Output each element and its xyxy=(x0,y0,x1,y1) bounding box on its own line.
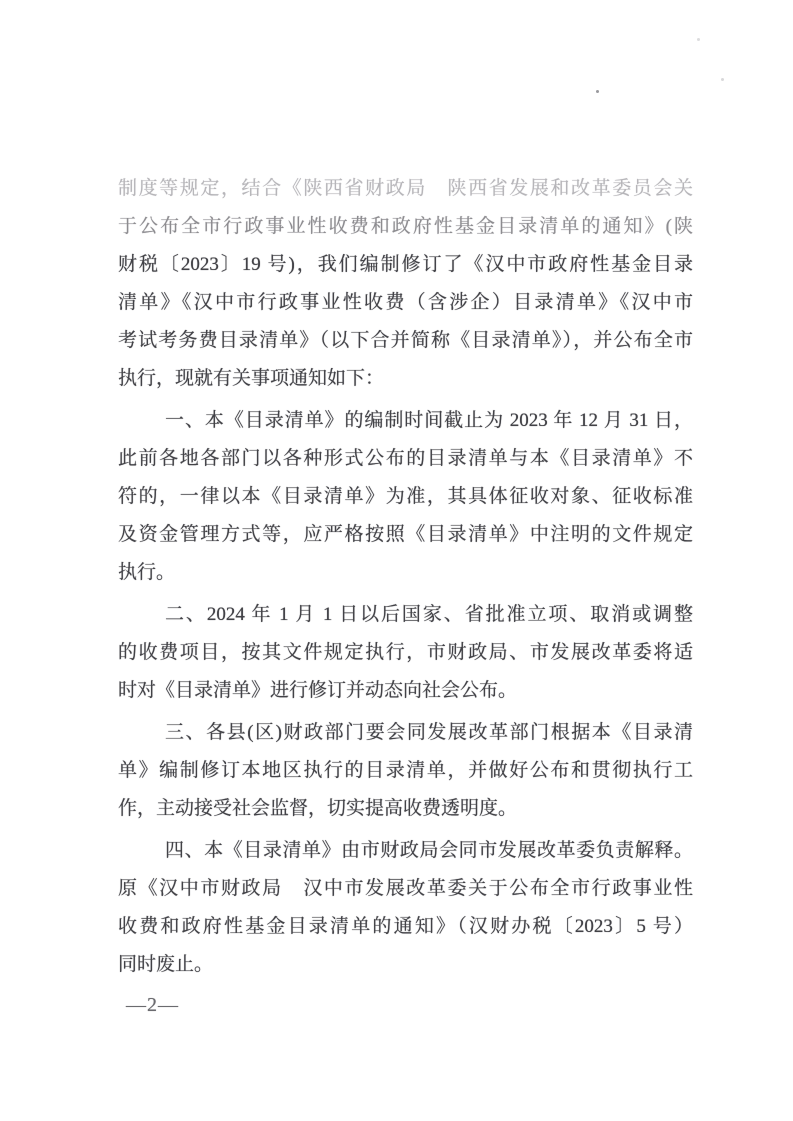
page-number: —2— xyxy=(126,992,179,1018)
text-line: 一、本《目录清单》的编制时间截止为 2023 年 12 月 31 日， xyxy=(118,402,693,440)
scan-artifact xyxy=(697,38,700,41)
text-line: 清单》《汉中市行政事业性收费（含涉企）目录清单》《汉中市 xyxy=(118,284,693,322)
paragraph: 三、各县(区)财政部门要会同发展改革部门根据本《目录清单》编制修订本地区执行的目… xyxy=(118,714,693,828)
text-line: 执行。 xyxy=(118,554,693,592)
text-line: 的收费项目，按其文件规定执行，市财政局、市发展改革委将适 xyxy=(118,634,693,672)
document-body: 制度等规定，结合《陕西省财政局 陕西省发展和改革委员会关于公布全市行政事业性收费… xyxy=(118,170,693,984)
paragraph: 二、2024 年 1 月 1 日以后国家、省批准立项、取消或调整的收费项目，按其… xyxy=(118,596,693,710)
text-line: 时对《目录清单》进行修订并动态向社会公布。 xyxy=(118,672,693,710)
paragraph: 制度等规定，结合《陕西省财政局 陕西省发展和改革委员会关于公布全市行政事业性收费… xyxy=(118,170,693,398)
paragraph: 一、本《目录清单》的编制时间截止为 2023 年 12 月 31 日，此前各地各… xyxy=(118,402,693,592)
text-line: 及资金管理方式等，应严格按照《目录清单》中注明的文件规定 xyxy=(118,516,693,554)
text-line: 于公布全市行政事业性收费和政府性基金目录清单的通知》(陕 xyxy=(118,208,693,246)
text-line: 二、2024 年 1 月 1 日以后国家、省批准立项、取消或调整 xyxy=(118,596,693,634)
scanned-document-page: 制度等规定，结合《陕西省财政局 陕西省发展和改革委员会关于公布全市行政事业性收费… xyxy=(0,0,793,1121)
text-line: 此前各地各部门以各种形式公布的目录清单与本《目录清单》不 xyxy=(118,440,693,478)
text-line: 收费和政府性基金目录清单的通知》（汉财办税〔2023〕5 号） xyxy=(118,908,693,946)
text-line: 符的，一律以本《目录清单》为准，其具体征收对象、征收标准 xyxy=(118,478,693,516)
text-line: 四、本《目录清单》由市财政局会同市发展改革委负责解释。 xyxy=(118,832,693,870)
text-line: 制度等规定，结合《陕西省财政局 陕西省发展和改革委员会关 xyxy=(118,170,693,208)
text-line: 同时废止。 xyxy=(118,946,693,984)
paragraph: 四、本《目录清单》由市财政局会同市发展改革委负责解释。原《汉中市财政局 汉中市发… xyxy=(118,832,693,984)
scan-artifact xyxy=(721,78,724,81)
text-line: 考试考务费目录清单》（以下合并简称《目录清单》），并公布全市 xyxy=(118,322,693,360)
text-line: 财税〔2023〕19 号)，我们编制修订了《汉中市政府性基金目录 xyxy=(118,246,693,284)
text-line: 单》编制修订本地区执行的目录清单，并做好公布和贯彻执行工 xyxy=(118,752,693,790)
text-line: 执行，现就有关事项通知如下： xyxy=(118,360,693,398)
text-line: 作，主动接受社会监督，切实提高收费透明度。 xyxy=(118,790,693,828)
text-line: 三、各县(区)财政部门要会同发展改革部门根据本《目录清 xyxy=(118,714,693,752)
text-line: 原《汉中市财政局 汉中市发展改革委关于公布全市行政事业性 xyxy=(118,870,693,908)
scan-artifact xyxy=(596,90,599,93)
